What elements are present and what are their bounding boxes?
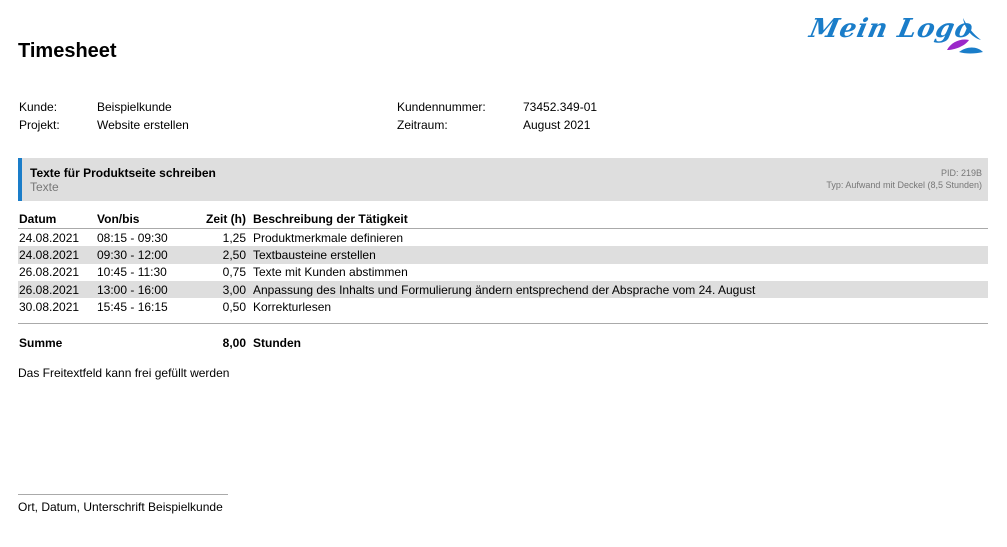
cell-hours: 1,25 — [197, 229, 252, 247]
task-title: Texte für Produktseite schreiben — [30, 166, 216, 180]
cell-description: Texte mit Kunden abstimmen — [252, 264, 988, 281]
signature-line — [18, 494, 228, 495]
cell-description: Korrekturlesen — [252, 298, 988, 315]
meta-left: Kunde: Beispielkunde Projekt: Website er… — [19, 98, 189, 134]
cell-hours: 2,50 — [197, 246, 252, 263]
cell-date: 26.08.2021 — [18, 281, 96, 298]
meta-right: Kundennummer: 73452.349-01 Zeitraum: Aug… — [397, 98, 597, 134]
meta-row-period: Zeitraum: August 2021 — [397, 116, 597, 134]
cell-hours: 0,50 — [197, 298, 252, 315]
cell-description: Produktmerkmale definieren — [252, 229, 988, 247]
period-label: Zeitraum: — [397, 116, 523, 134]
customer-number-label: Kundennummer: — [397, 98, 523, 116]
cell-date: 30.08.2021 — [18, 298, 96, 315]
header-hours: Zeit (h) — [197, 210, 252, 229]
meta-row-project: Projekt: Website erstellen — [19, 116, 189, 134]
sum-row: Summe 8,00 Stunden — [18, 324, 988, 356]
table-row: 24.08.2021 08:15 - 09:30 1,25 Produktmer… — [18, 229, 988, 247]
task-subtitle: Texte — [30, 180, 59, 194]
cell-hours: 3,00 — [197, 281, 252, 298]
table-header-row: Datum Von/bis Zeit (h) Beschreibung der … — [18, 210, 988, 229]
sum-hours: 8,00 — [197, 324, 252, 356]
cell-time: 13:00 - 16:00 — [96, 281, 197, 298]
project-value: Website erstellen — [97, 116, 189, 134]
cell-date: 24.08.2021 — [18, 229, 96, 247]
table-row: 30.08.2021 15:45 - 16:15 0,50 Korrekturl… — [18, 298, 988, 315]
task-header: Texte für Produktseite schreiben Texte P… — [18, 158, 988, 201]
signature-label: Ort, Datum, Unterschrift Beispielkunde — [18, 500, 223, 514]
cell-time: 15:45 - 16:15 — [96, 298, 197, 315]
cell-time: 10:45 - 11:30 — [96, 264, 197, 281]
meta-row-customer-number: Kundennummer: 73452.349-01 — [397, 98, 597, 116]
task-pid: PID: 219B — [941, 168, 982, 178]
logo: Mein Logo — [810, 14, 973, 44]
table-row: 26.08.2021 10:45 - 11:30 0,75 Texte mit … — [18, 264, 988, 281]
timesheet-table: Datum Von/bis Zeit (h) Beschreibung der … — [18, 210, 988, 355]
meta-row-customer: Kunde: Beispielkunde — [19, 98, 189, 116]
cell-date: 24.08.2021 — [18, 246, 96, 263]
table-row: 26.08.2021 13:00 - 16:00 3,00 Anpassung … — [18, 281, 988, 298]
cell-date: 26.08.2021 — [18, 264, 96, 281]
period-value: August 2021 — [523, 116, 590, 134]
table-row: 24.08.2021 09:30 - 12:00 2,50 Textbauste… — [18, 246, 988, 263]
table-spacer — [18, 315, 988, 324]
customer-number-value: 73452.349-01 — [523, 98, 597, 116]
header-time: Von/bis — [96, 210, 197, 229]
cell-description: Anpassung des Inhalts und Formulierung ä… — [252, 281, 988, 298]
cell-description: Textbausteine erstellen — [252, 246, 988, 263]
project-label: Projekt: — [19, 116, 97, 134]
header-date: Datum — [18, 210, 96, 229]
customer-value: Beispielkunde — [97, 98, 172, 116]
sum-unit: Stunden — [252, 324, 988, 356]
cell-time: 09:30 - 12:00 — [96, 246, 197, 263]
cell-time: 08:15 - 09:30 — [96, 229, 197, 247]
customer-label: Kunde: — [19, 98, 97, 116]
header-description: Beschreibung der Tätigkeit — [252, 210, 988, 229]
cell-hours: 0,75 — [197, 264, 252, 281]
page-title: Timesheet — [18, 40, 117, 63]
sum-label: Summe — [18, 324, 197, 356]
task-type: Typ: Aufwand mit Deckel (8,5 Stunden) — [826, 180, 982, 190]
triangle-leaf-logo-icon — [943, 16, 987, 56]
freetext: Das Freitextfeld kann frei gefüllt werde… — [18, 366, 229, 380]
